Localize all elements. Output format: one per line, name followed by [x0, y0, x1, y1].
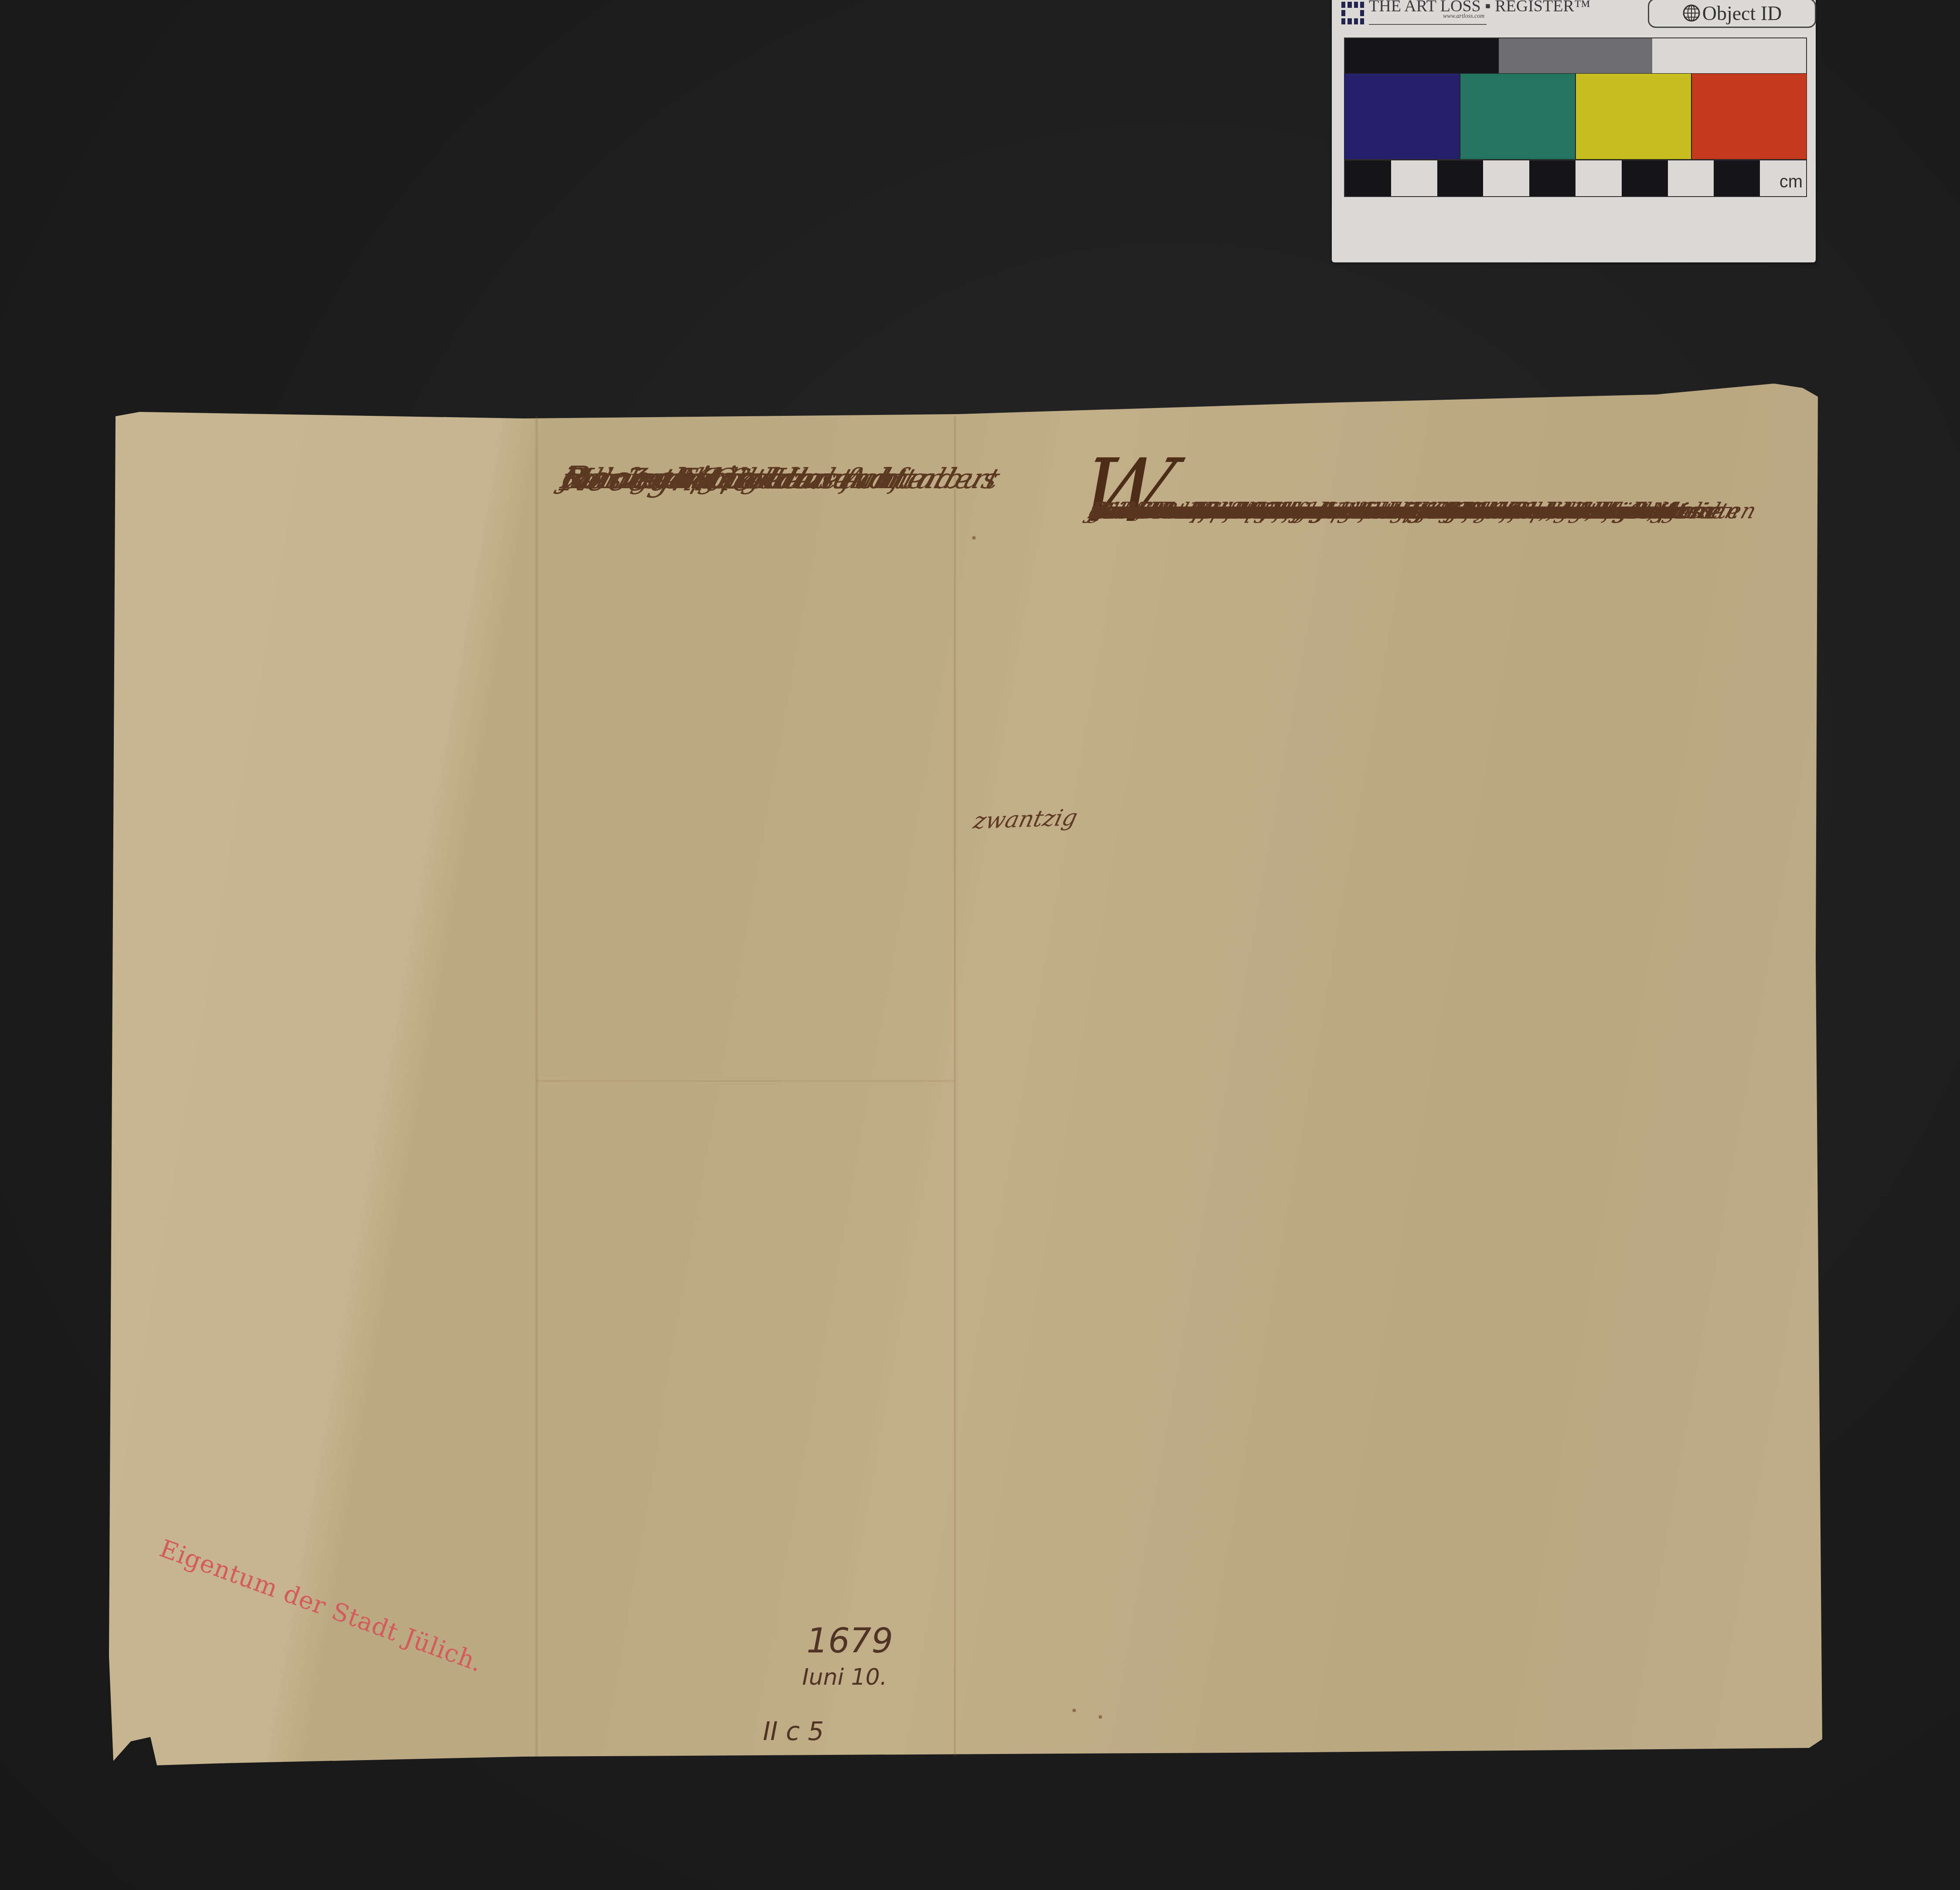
archive-date: Iuni 10.: [802, 1664, 893, 1690]
historical-document: Recognitio von Zwantzig Und funft Reichs…: [0, 0, 1960, 1890]
archive-annotation: 1679 Iuni 10. II c 5: [793, 1621, 893, 1746]
margin-note: zwantzig: [971, 805, 1080, 834]
archive-year: 1679: [806, 1621, 893, 1661]
body-line: und sonsten Unsere Haus gelegen Schonbus…: [1081, 484, 1665, 538]
ink-speck: [972, 536, 976, 540]
vertical-fold-center: [954, 416, 956, 1757]
archive-signature: II c 5: [763, 1717, 893, 1746]
docket-line: hiesigen Gasthaus Armen: [554, 453, 953, 505]
horizontal-fold: [536, 1080, 955, 1082]
ink-speck: [1072, 1709, 1076, 1712]
vertical-fold-left: [535, 416, 538, 1757]
ink-speck: [1099, 1715, 1102, 1719]
